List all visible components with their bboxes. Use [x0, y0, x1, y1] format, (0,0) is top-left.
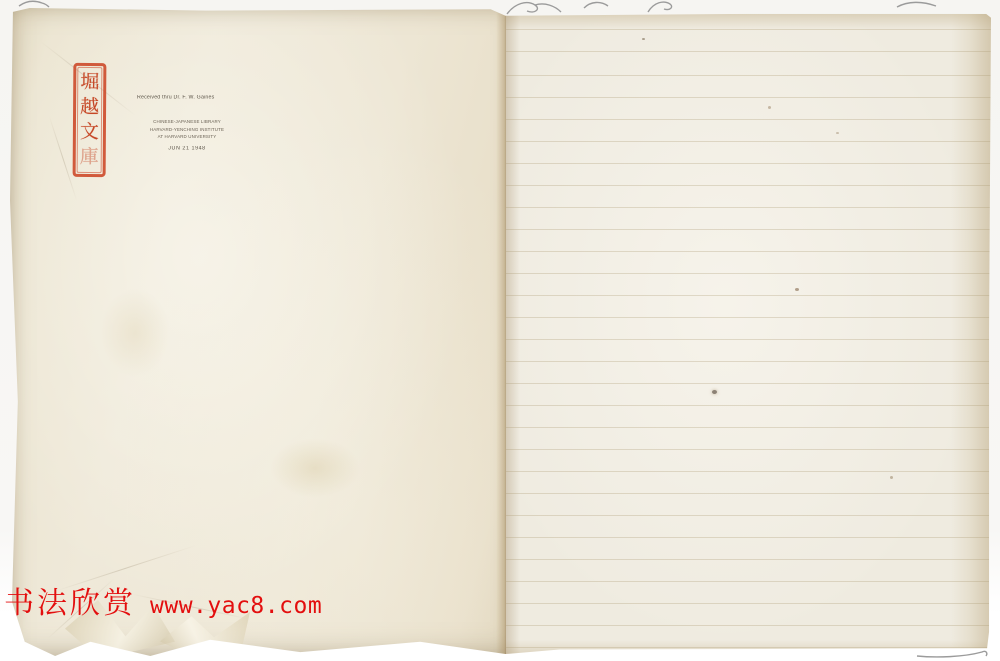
paper-stain	[100, 288, 170, 378]
watermark-url: www.yac8.com	[150, 594, 322, 619]
foxing-spot	[836, 132, 839, 134]
right-lined-page	[506, 14, 991, 654]
paper-stain	[270, 438, 360, 498]
foxing-spot	[642, 38, 645, 40]
scanned-folio-background: 堀 越 文 庫 Received thru Dr. F. W. Gaines C…	[0, 0, 1000, 661]
library-stamp-line: CHINESE-JAPANESE LIBRARY	[146, 120, 227, 126]
binding-thread	[18, 0, 50, 8]
seal-character: 堀	[80, 73, 99, 92]
binding-thread	[896, 0, 938, 10]
seal-character: 庫	[80, 148, 99, 167]
seal-inner-border: 堀 越 文 庫	[77, 67, 103, 173]
binding-thread	[583, 0, 609, 10]
foxing-spot	[768, 106, 771, 109]
watermark-cjk-text: 书法欣赏	[4, 587, 136, 620]
left-cover-page: 堀 越 文 庫 Received thru Dr. F. W. Gaines C…	[10, 8, 506, 656]
site-watermark: 书法欣赏 www.yac8.com	[4, 587, 322, 620]
foxing-spot	[712, 390, 717, 394]
horikoshi-bunko-seal: 堀 越 文 庫	[73, 63, 107, 177]
seal-character: 越	[80, 98, 99, 117]
binding-thread	[646, 0, 676, 14]
foxing-spot	[795, 288, 799, 291]
foxing-spot	[890, 476, 893, 479]
folio-paper: 堀 越 文 庫 Received thru Dr. F. W. Gaines C…	[10, 8, 991, 656]
binding-thread	[916, 646, 990, 659]
library-stamp: CHINESE-JAPANESE LIBRARY HARVARD-YENCHIN…	[132, 120, 242, 152]
library-stamp-line: HARVARD-YENCHING INSTITUTE	[146, 128, 227, 134]
received-stamp: Received thru Dr. F. W. Gaines	[137, 95, 214, 100]
library-stamp-line: AT HARVARD UNIVERSITY	[146, 135, 227, 141]
date-stamp: JUN 21 1948	[138, 146, 237, 151]
binding-thread	[505, 0, 563, 16]
seal-character: 文	[80, 123, 99, 142]
